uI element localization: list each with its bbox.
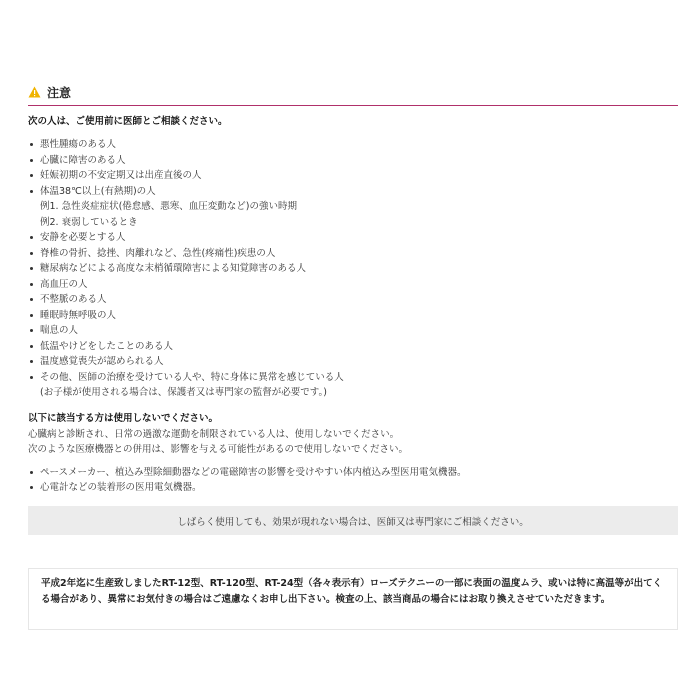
bullet-icon [30,376,33,379]
prohibited-line: 次のような医療機器との併用は、影響を与える可能性があるので使用しないでください。 [28,442,678,458]
caution-title: 注意 [47,84,71,101]
list-item-detail: 例2. 衰弱しているとき [28,215,678,231]
list-item: 体温38℃以上(有熱期)の人 [28,184,678,200]
list-item: 安静を必要とする人 [28,230,678,246]
bullet-icon [30,283,33,286]
bullet-icon [30,159,33,162]
bullet-icon [30,314,33,317]
prohibited-line: 心臓病と診断され、日常の過激な運動を制限されている人は、使用しないでください。 [28,427,678,443]
bullet-icon [30,174,33,177]
prohibited-device-list: ペースメーカー、植込み型除細動器などの電磁障害の影響を受けやすい体内植込み型医用… [28,465,678,496]
list-item: 脊椎の骨折、捻挫、肉離れなど、急性(疼痛性)疾患の人 [28,246,678,262]
bullet-icon [30,267,33,270]
bullet-icon [30,345,33,348]
list-item: ペースメーカー、植込み型除細動器などの電磁障害の影響を受けやすい体内植込み型医用… [28,465,678,481]
caution-heading: 注意 [28,82,678,106]
list-item: 高血圧の人 [28,277,678,293]
list-item: 妊娠初期の不安定期又は出産直後の人 [28,168,678,184]
list-item: 喘息の人 [28,323,678,339]
prohibited-section: 以下に該当する方は使用しないでください。 心臓病と診断され、日常の過激な運動を制… [28,412,678,496]
list-item: 糖尿病などによる高度な末梢循環障害による知覚障害のある人 [28,261,678,277]
consult-specialist-notice: しばらく使用しても、効果が現れない場合は、医師又は専門家にご相談ください。 [28,506,678,535]
consult-heading: 次の人は、ご使用前に医師とご相談ください。 [28,115,678,129]
list-item: 悪性腫瘍のある人 [28,137,678,153]
prohibited-heading: 以下に該当する方は使用しないでください。 [28,412,678,426]
consult-list: 悪性腫瘍のある人心臓に障害のある人妊娠初期の不安定期又は出産直後の人体温38℃以… [28,137,678,401]
list-item: 睡眠時無呼吸の人 [28,308,678,324]
recall-notice: 平成2年迄に生産致しましたRT-12型、RT-120型、RT-24型（各々表示有… [28,568,678,630]
bullet-icon [30,190,33,193]
bullet-icon [30,236,33,239]
list-item: 低温やけどをしたことのある人 [28,339,678,355]
bullet-icon [30,298,33,301]
list-item: 温度感覚喪失が認められる人 [28,354,678,370]
caution-section: 注意 次の人は、ご使用前に医師とご相談ください。 悪性腫瘍のある人心臓に障害のあ… [28,82,678,496]
bullet-icon [30,360,33,363]
list-item-detail: (お子様が使用される場合は、保護者又は専門家の監督が必要です。) [28,385,678,401]
list-item: その他、医師の治療を受けている人や、特に身体に異常を感じている人 [28,370,678,386]
bullet-icon [30,329,33,332]
bullet-icon [30,252,33,255]
warning-triangle-icon [28,86,41,98]
list-item-detail: 例1. 急性炎症症状(倦怠感、悪寒、血圧変動など)の強い時期 [28,199,678,215]
list-item: 心電計などの装着形の医用電気機器。 [28,480,678,496]
list-item: 不整脈のある人 [28,292,678,308]
bullet-icon [30,471,33,474]
bullet-icon [30,143,33,146]
bullet-icon [30,486,33,489]
list-item: 心臓に障害のある人 [28,153,678,169]
